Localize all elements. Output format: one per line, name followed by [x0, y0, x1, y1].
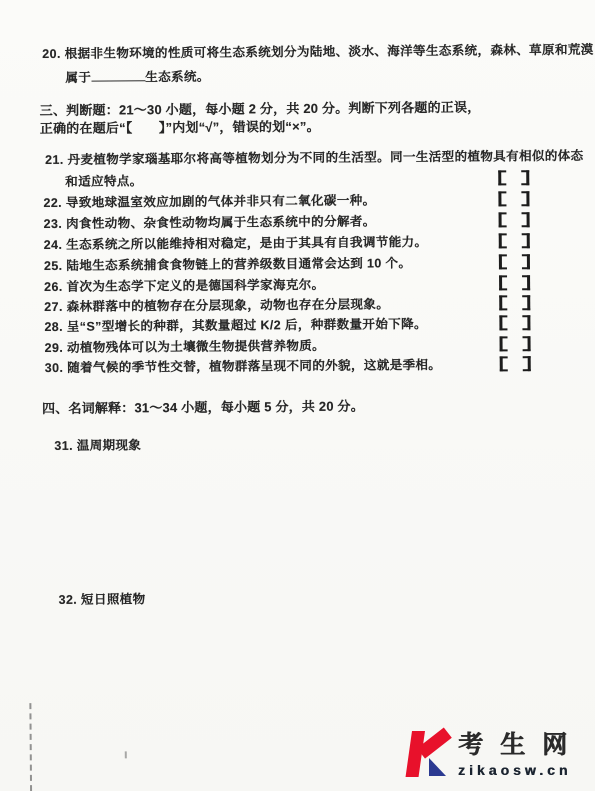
- bracket-close-icon: [522, 212, 530, 227]
- bracket-open-icon: [499, 315, 507, 330]
- fill-in-blank-line: [91, 68, 145, 81]
- answer-brackets: [498, 191, 529, 206]
- bracket-close-icon: [522, 275, 530, 290]
- bracket-close-icon: [522, 233, 530, 248]
- question-21-line-1: 21. 丹麦植物学家瑙基耶尔将高等植物划分为不同的生活型。同一生活型的植物具有相…: [45, 146, 584, 168]
- watermark-brand-name: 考生网: [458, 731, 584, 759]
- question-27-row: 27. 森林群落中的植物存在分层现象，动物也存在分层现象。: [44, 293, 532, 315]
- bracket-open-icon: [499, 212, 507, 227]
- question-24-text: 24. 生态系统之所以能维持相对稳定，是由于其具有自我调节能力。: [44, 232, 428, 253]
- answer-brackets: [500, 336, 531, 351]
- bracket-close-icon: [522, 315, 530, 330]
- zikaosw-watermark: 考生网 zikaosw.cn: [407, 731, 584, 778]
- answer-brackets: [499, 275, 530, 290]
- question-29-text: 29. 动植物残体可以为土壤微生物提供营养物质。: [45, 336, 326, 356]
- k-logo-icon: [407, 731, 449, 778]
- question-20-line2-prefix: 属于: [65, 71, 91, 85]
- question-23-text: 23. 肉食性动物、杂食性动物均属于生态系统中的分解者。: [44, 211, 376, 232]
- bracket-open-icon: [499, 275, 507, 290]
- question-30-row: 30. 随着气候的季节性交替，植物群落呈现不同的外貌，这就是季相。: [45, 354, 533, 376]
- question-30-text: 30. 随着气候的季节性交替，植物群落呈现不同的外貌，这就是季相。: [45, 355, 442, 376]
- question-27-text: 27. 森林群落中的植物存在分层现象，动物也存在分层现象。: [44, 294, 389, 315]
- bracket-close-icon: [523, 356, 531, 371]
- bracket-open-icon: [498, 170, 506, 185]
- scanned-text-layer: 20. 根据非生物环境的性质可将生态系统划分为陆地、淡水、海洋等生态系统，森林、…: [0, 0, 595, 791]
- scan-artifact-tick: [125, 751, 127, 758]
- answer-brackets: [500, 356, 531, 371]
- question-32-text: 32. 短日照植物: [58, 589, 145, 608]
- bracket-close-icon: [523, 336, 531, 351]
- question-31-text: 31. 温周期现象: [54, 435, 141, 454]
- question-28-row: 28. 呈“S”型增长的种群，其数量超过 K/2 后，种群数量开始下降。: [44, 313, 532, 335]
- bracket-close-icon: [522, 254, 530, 269]
- definitions-section-heading: 四、名词解释：31～34 小题，每小题 5 分，共 20 分。: [42, 395, 364, 417]
- question-20-line-1: 20. 根据非生物环境的性质可将生态系统划分为陆地、淡水、海洋等生态系统，森林、…: [42, 40, 593, 62]
- watermark-site-url: zikaosw.cn: [458, 762, 584, 778]
- scanned-exam-page: { "page": { "background": "#fafaf8", "te…: [0, 0, 595, 791]
- bracket-close-icon: [521, 191, 529, 206]
- question-20-line-2: 属于生态系统。: [65, 67, 209, 86]
- bracket-open-icon: [500, 336, 508, 351]
- bracket-open-icon: [498, 191, 506, 206]
- answer-brackets: [499, 233, 530, 248]
- bracket-close-icon: [521, 170, 529, 185]
- answer-brackets: [499, 315, 530, 330]
- question-22-text: 22. 导致地球温室效应加剧的气体并非只有二氧化碳一种。: [43, 190, 375, 211]
- bracket-open-icon: [499, 233, 507, 248]
- answer-brackets: [499, 295, 530, 310]
- answer-brackets: [498, 170, 529, 185]
- question-20-line2-suffix: 生态系统。: [145, 70, 210, 85]
- question-25-row: 25. 陆地生态系统捕食食物链上的营养级数目通常会达到 10 个。: [44, 252, 532, 274]
- question-26-text: 26. 首次为生态学下定义的是德国科学家海克尔。: [44, 275, 325, 295]
- bracket-open-icon: [499, 295, 507, 310]
- scan-artifact-dashed-line: [29, 703, 32, 791]
- bracket-open-icon: [500, 356, 508, 371]
- question-24-row: 24. 生态系统之所以能维持相对稳定，是由于其具有自我调节能力。: [44, 231, 532, 253]
- question-23-row: 23. 肉食性动物、杂食性动物均属于生态系统中的分解者。: [44, 210, 532, 232]
- judgment-section-heading-line-2: 正确的在题后“【 】”内划“√”，错误的划“×”。: [40, 116, 320, 137]
- watermark-text: 考生网 zikaosw.cn: [458, 731, 584, 778]
- bracket-close-icon: [522, 295, 530, 310]
- question-22-row: 22. 导致地球温室效应加剧的气体并非只有二氧化碳一种。: [43, 189, 531, 211]
- question-28-text: 28. 呈“S”型增长的种群，其数量超过 K/2 后，种群数量开始下降。: [44, 314, 427, 335]
- question-26-row: 26. 首次为生态学下定义的是德国科学家海克尔。: [44, 273, 532, 295]
- question-25-text: 25. 陆地生态系统捕食食物链上的营养级数目通常会达到 10 个。: [44, 253, 412, 274]
- bracket-open-icon: [499, 254, 507, 269]
- answer-brackets: [499, 212, 530, 227]
- question-21-line-2: 和适应特点。: [43, 171, 143, 190]
- question-21-row: 和适应特点。: [43, 168, 531, 190]
- question-29-row: 29. 动植物残体可以为土壤微生物提供营养物质。: [45, 334, 533, 356]
- answer-brackets: [499, 254, 530, 269]
